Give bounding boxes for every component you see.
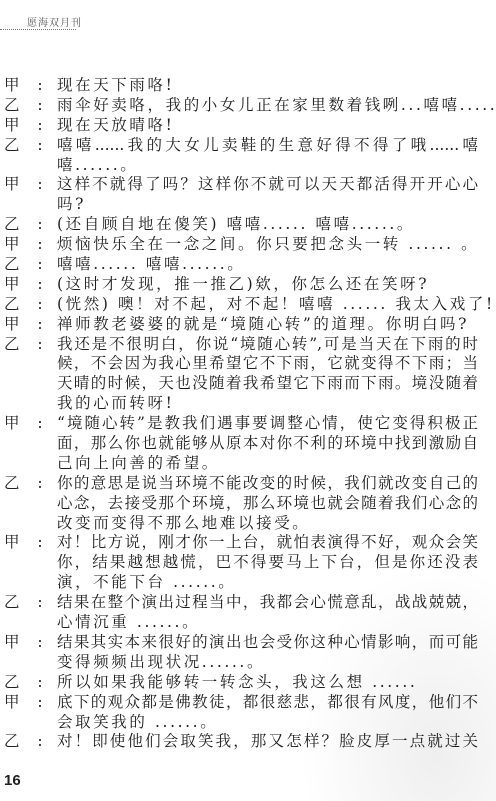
dialogue-continuation: 嘻......。	[0, 156, 496, 176]
running-head: 愿海双月刊	[0, 14, 80, 32]
dialogue-text: 结果其实本来很好的演出也会受你这种心情影响，而可能	[57, 633, 478, 653]
dialogue-turn: 乙:(还自顾自地在傻笑) 嘻嘻...... 嘻嘻......。	[0, 215, 496, 235]
dialogue-continuation: 改变而变得不那么地难以接受。	[0, 514, 496, 534]
dialogue-turn: 甲:对！比方说，刚才你一上台，就怕表演得不好，观众会笑	[0, 533, 496, 553]
speaker-label: 甲	[4, 175, 24, 195]
speaker-label: 乙	[4, 255, 24, 275]
speaker-colon: :	[35, 96, 45, 116]
dialogue-text: 心情沉重 ......。	[57, 613, 478, 633]
speaker-label: 甲	[4, 414, 24, 434]
dialogue-continuation: 面，那么你也就能够从原本对你不利的环境中找到激励自	[0, 434, 496, 454]
dialogue-text: 雨伞好卖咯，我的小女儿正在家里数着钱咧...嘻嘻......。	[57, 96, 478, 116]
dialogue-text: 演，不能下台 ......。	[57, 573, 478, 593]
speaker-label: 乙	[4, 96, 24, 116]
dialogue-text: 天晴的时候，天也没随着我希望它下雨而下雨。境没随着	[57, 374, 478, 394]
dialogue-continuation: 吗?	[0, 195, 496, 215]
speaker-colon: :	[35, 295, 45, 315]
speaker-label: 乙	[4, 673, 24, 693]
dialogue-text: 嘻嘻......我的大女儿卖鞋的生意好得不得了哦......嘻	[57, 136, 478, 156]
dialogue-continuation: 演，不能下台 ......。	[0, 573, 496, 593]
dialogue-continuation: 候，不会因为我心里希望它不下雨，它就变得不下雨；当	[0, 354, 496, 374]
dialogue-text: 己向上向善的希望。	[57, 454, 478, 474]
dialogue-script: 甲:现在天下雨咯!乙:雨伞好卖咯，我的小女儿正在家里数着钱咧...嘻嘻.....…	[0, 76, 496, 752]
speaker-colon: :	[35, 275, 45, 295]
speaker-colon: :	[35, 215, 45, 235]
speaker-colon: :	[35, 474, 45, 494]
dialogue-text: 改变而变得不那么地难以接受。	[57, 514, 478, 534]
dialogue-text: (这时才发现，推一推乙)欸，你怎么还在笑呀?	[57, 275, 478, 295]
speaker-colon: :	[35, 335, 45, 355]
dialogue-text: 嘻嘻...... 嘻嘻......。	[57, 255, 478, 275]
dialogue-text: 结果在整个演出过程当中，我都会心慌意乱，战战兢兢，	[57, 593, 478, 613]
dialogue-text: 候，不会因为我心里希望它不下雨，它就变得不下雨；当	[57, 354, 478, 374]
dialogue-turn: 甲:底下的观众都是佛教徒，都很慈悲，都很有风度，他们不	[0, 693, 496, 713]
speaker-colon: :	[35, 673, 45, 693]
speaker-label: 乙	[4, 136, 24, 156]
speaker-label: 甲	[4, 315, 24, 335]
dialogue-turn: 甲:结果其实本来很好的演出也会受你这种心情影响，而可能	[0, 633, 496, 653]
dialogue-continuation: 你，结果越想越慌，巴不得要马上下台，但是你还没表	[0, 553, 496, 573]
dialogue-turn: 甲:(这时才发现，推一推乙)欸，你怎么还在笑呀?	[0, 275, 496, 295]
dialogue-text: 会取笑我的 ......。	[57, 713, 478, 733]
speaker-label: 乙	[4, 295, 24, 315]
speaker-label: 甲	[4, 76, 24, 96]
speaker-colon: :	[35, 414, 45, 434]
dotted-rule	[0, 29, 76, 30]
speaker-label: 乙	[4, 593, 24, 613]
speaker-label: 甲	[4, 235, 24, 255]
speaker-colon: :	[35, 116, 45, 136]
page-number: 16	[4, 772, 21, 789]
dialogue-turn: 甲:这样不就得了吗？这样你不就可以天天都活得开开心心	[0, 175, 496, 195]
dialogue-text: 对！比方说，刚才你一上台，就怕表演得不好，观众会笑	[57, 533, 478, 553]
speaker-label: 甲	[4, 633, 24, 653]
dialogue-turn: 甲:禅师教老婆婆的就是“境随心转”的道理。你明白吗?	[0, 315, 496, 335]
speaker-label: 乙	[4, 215, 24, 235]
dialogue-text: 禅师教老婆婆的就是“境随心转”的道理。你明白吗?	[57, 315, 478, 335]
dialogue-text: 现在天放晴咯!	[57, 116, 478, 136]
speaker-colon: :	[35, 76, 45, 96]
dialogue-text: (还自顾自地在傻笑) 嘻嘻...... 嘻嘻......。	[57, 215, 478, 235]
dialogue-text: 这样不就得了吗？这样你不就可以天天都活得开开心心	[57, 175, 478, 195]
dialogue-turn: 乙:对！即使他们会取笑我，那又怎样？脸皮厚一点就过关	[0, 732, 496, 752]
speaker-colon: :	[35, 732, 45, 752]
speaker-colon: :	[35, 136, 45, 156]
dialogue-turn: 甲:现在天放晴咯!	[0, 116, 496, 136]
dialogue-continuation: 会取笑我的 ......。	[0, 713, 496, 733]
speaker-colon: :	[35, 693, 45, 713]
dialogue-turn: 乙:你的意思是说当环境不能改变的时候，我们就改变自己的	[0, 474, 496, 494]
dialogue-turn: 乙:嘻嘻...... 嘻嘻......。	[0, 255, 496, 275]
dialogue-text: “境随心转”是教我们遇事要调整心情，使它变得积极正	[57, 414, 478, 434]
dialogue-text: 对！即使他们会取笑我，那又怎样？脸皮厚一点就过关	[57, 732, 478, 752]
speaker-colon: :	[35, 235, 45, 255]
dialogue-continuation: 我的心而转呀!	[0, 394, 496, 414]
dialogue-turn: 甲:“境随心转”是教我们遇事要调整心情，使它变得积极正	[0, 414, 496, 434]
dialogue-continuation: 心念，去接受那个环境，那么环境也就会随着我们心念的	[0, 494, 496, 514]
dialogue-turn: 甲:现在天下雨咯!	[0, 76, 496, 96]
dialogue-text: 现在天下雨咯!	[57, 76, 478, 96]
dialogue-turn: 乙:(恍然) 噢！对不起，对不起！嘻嘻 ...... 我太入戏了!	[0, 295, 496, 315]
dialogue-continuation: 变得频频出现状况......。	[0, 653, 496, 673]
dialogue-text: 吗?	[57, 195, 478, 215]
speaker-label: 甲	[4, 693, 24, 713]
dialogue-text: 我还是不很明白，你说“境随心转”,可是当天在下雨的时	[57, 335, 478, 355]
speaker-colon: :	[35, 255, 45, 275]
dialogue-turn: 乙:结果在整个演出过程当中，我都会心慌意乱，战战兢兢，	[0, 593, 496, 613]
dialogue-text: 你的意思是说当环境不能改变的时候，我们就改变自己的	[57, 474, 478, 494]
speaker-label: 甲	[4, 116, 24, 136]
dialogue-turn: 乙:我还是不很明白，你说“境随心转”,可是当天在下雨的时	[0, 335, 496, 355]
journal-title: 愿海双月刊	[27, 14, 82, 29]
dialogue-text: 嘻......。	[57, 156, 478, 176]
dialogue-text: 面，那么你也就能够从原本对你不利的环境中找到激励自	[57, 434, 478, 454]
speaker-colon: :	[35, 593, 45, 613]
dialogue-text: 底下的观众都是佛教徒，都很慈悲，都很有风度，他们不	[57, 693, 478, 713]
dialogue-continuation: 己向上向善的希望。	[0, 454, 496, 474]
dialogue-continuation: 心情沉重 ......。	[0, 613, 496, 633]
dialogue-turn: 乙:所以如果我能够转一转念头，我这么想 ......	[0, 673, 496, 693]
dialogue-text: 烦恼快乐全在一念之间。你只要把念头一转 ...... 。	[57, 235, 478, 255]
dialogue-text: (恍然) 噢！对不起，对不起！嘻嘻 ...... 我太入戏了!	[57, 295, 478, 315]
dialogue-text: 我的心而转呀!	[57, 394, 478, 414]
speaker-label: 乙	[4, 335, 24, 355]
dialogue-text: 你，结果越想越慌，巴不得要马上下台，但是你还没表	[57, 553, 478, 573]
speaker-label: 乙	[4, 474, 24, 494]
speaker-label: 甲	[4, 275, 24, 295]
speaker-colon: :	[35, 315, 45, 335]
dialogue-text: 变得频频出现状况......。	[57, 653, 478, 673]
dialogue-text: 心念，去接受那个环境，那么环境也就会随着我们心念的	[57, 494, 478, 514]
dialogue-turn: 乙:雨伞好卖咯，我的小女儿正在家里数着钱咧...嘻嘻......。	[0, 96, 496, 116]
speaker-colon: :	[35, 175, 45, 195]
speaker-colon: :	[35, 533, 45, 553]
dialogue-text: 所以如果我能够转一转念头，我这么想 ......	[57, 673, 478, 693]
speaker-label: 甲	[4, 533, 24, 553]
speaker-colon: :	[35, 633, 45, 653]
dialogue-turn: 乙:嘻嘻......我的大女儿卖鞋的生意好得不得了哦......嘻	[0, 136, 496, 156]
dialogue-turn: 甲:烦恼快乐全在一念之间。你只要把念头一转 ...... 。	[0, 235, 496, 255]
dialogue-continuation: 天晴的时候，天也没随着我希望它下雨而下雨。境没随着	[0, 374, 496, 394]
speaker-label: 乙	[4, 732, 24, 752]
